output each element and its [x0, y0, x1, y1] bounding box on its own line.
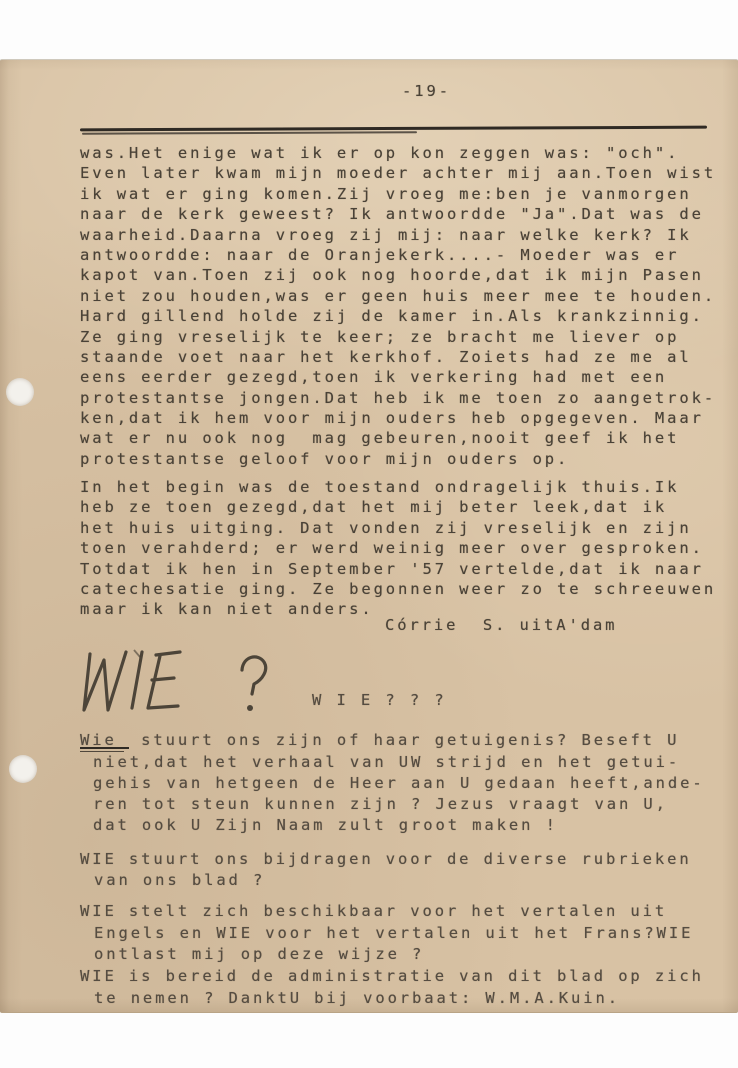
punch-hole-bottom: [9, 755, 37, 783]
wie-typed-heading: W I E ? ? ?: [312, 691, 447, 709]
text-line: Ze ging vreselijk te keer; ze bracht me …: [80, 327, 716, 347]
wie-paragraph-1-first-line-rest: stuurt ons zijn of haar getuigenis? Bese…: [117, 731, 680, 749]
text-line: naar de kerk geweest? Ik antwoordde "Ja"…: [80, 204, 716, 224]
text-line: WIE stelt zich beschikbaar voor het vert…: [80, 901, 693, 923]
text-line: WIE stuurt ons bijdragen voor de diverse…: [80, 849, 692, 870]
text-line: toen verahderd; er werd weinig meer over…: [80, 538, 716, 558]
text-line: Engels en WIE voor het vertalen uit het …: [94, 923, 693, 945]
testimony-paragraph-1: was.Het enige wat ik er op kon zeggen wa…: [80, 143, 716, 469]
text-line: te nemen ? DanktU bij voorbaat: W.M.A.Ku…: [94, 988, 704, 1010]
text-line: was.Het enige wat ik er op kon zeggen wa…: [80, 143, 716, 163]
text-line: niet,dat het verhaal van UW strijd en he…: [93, 752, 705, 773]
wie-paragraph-2: WIE stuurt ons bijdragen voor de diverse…: [80, 849, 692, 891]
text-line: ontlast mij op deze wijze ?: [94, 944, 693, 966]
wie-paragraph-1-continuation: niet,dat het verhaal van UW strijd en he…: [93, 752, 705, 836]
text-line: gehis van hetgeen de Heer aan U gedaan h…: [93, 773, 705, 794]
text-line: catechesatie ging. Ze begonnen weer zo t…: [80, 579, 716, 599]
text-line: antwoordde: naar de Oranjekerk....- Moed…: [80, 245, 716, 265]
wie-paragraph-1-first-line: Wie stuurt ons zijn of haar getuigenis? …: [80, 731, 679, 749]
handwritten-letter-i: [132, 652, 142, 708]
text-line: staande voet naar het kerkhof. Zoiets ha…: [80, 347, 716, 367]
text-line: wat er nu ook nog mag gebeuren,nooit gee…: [80, 428, 716, 448]
punch-hole-top: [6, 378, 34, 406]
testimony-paragraph-2: In het begin was de toestand ondragelijk…: [80, 477, 716, 620]
page-number: -19-: [402, 82, 451, 100]
stray-pencil-tick: [134, 650, 140, 657]
text-line: protestantse geloof voor mijn ouders op.: [80, 449, 716, 469]
document-scan-viewport: { "page": { "number": "-19-" }, "colors"…: [0, 0, 738, 1068]
handwritten-letter-e: [148, 652, 180, 708]
wie-underline-stroke-1: [80, 747, 129, 749]
testimony-signature: Córrie S. uitA'dam: [385, 616, 617, 634]
text-line: WIE is bereid de administratie van dit b…: [80, 966, 704, 988]
handwritten-letter-w: [84, 652, 126, 710]
text-line: dat ook U Zijn Naam zult groot maken !: [93, 815, 705, 836]
text-line: protestantse jongen.Dat heb ik me toen z…: [80, 388, 716, 408]
text-line: Totdat ik hen in September '57 vertelde,…: [80, 559, 716, 579]
text-line: het huis uitging. Dat vonden zij vreseli…: [80, 518, 716, 538]
handwritten-question-mark: [242, 657, 266, 694]
text-line: ken,dat ik hem voor mijn ouders heb opge…: [80, 408, 716, 428]
text-line: Hard gillend holde zij de kamer in.Als k…: [80, 306, 716, 326]
text-line: ren tot steun kunnen zijn ? Jezus vraagt…: [93, 794, 705, 815]
text-line: eens eerder gezegd,toen ik verkering had…: [80, 367, 716, 387]
text-line: ik wat er ging komen.Zij vroeg me:ben je…: [80, 184, 716, 204]
text-line: waarheid.Daarna vroeg zij mij: naar welk…: [80, 225, 716, 245]
wie-paragraph-3: WIE stelt zich beschikbaar voor het vert…: [80, 901, 693, 966]
text-line: In het begin was de toestand ondragelijk…: [80, 477, 716, 497]
text-line: van ons blad ?: [94, 870, 692, 891]
text-line: kapot van.Toen zij ook nog hoorde,dat ik…: [80, 265, 716, 285]
text-line: heb ze toen gezegd,dat het mij beter lee…: [80, 497, 716, 517]
text-line: niet zou houden,was er geen huis meer me…: [80, 286, 716, 306]
text-line: Even later kwam mijn moeder achter mij a…: [80, 163, 716, 183]
wie-handwritten-heading: [72, 648, 287, 720]
wie-paragraph-4: WIE is bereid de administratie van dit b…: [80, 966, 704, 1009]
question-mark-dot: [247, 705, 253, 711]
